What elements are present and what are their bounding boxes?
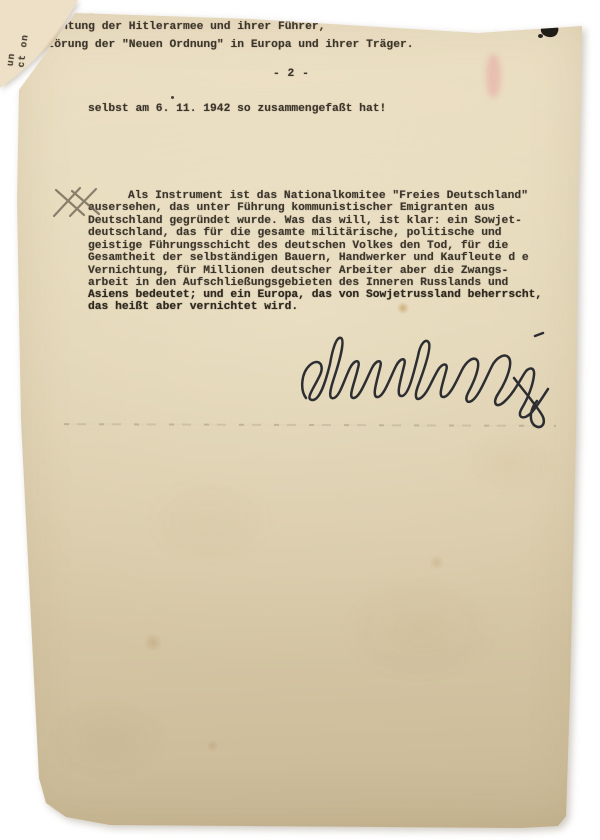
scan-background: { "document": { "page_number": "- 2 -", … [0,0,600,840]
ink-blot-satellite [538,34,543,38]
numbered-list: 1) Vernichtung des Hitlerstaates und sei… [0,0,600,55]
foxing-spot [142,634,164,651]
list-item-2: 2) Vernichtung der Hitlerarmee und ihrer… [0,18,600,36]
body-paragraph: Als Instrument ist das Nationalkomitee "… [88,190,568,290]
page-number: - 2 - [273,68,309,80]
body-paragraph-emphasis: Asiens bedeutet; und ein Europa, das von… [88,289,568,314]
foxing-spot [206,740,219,751]
fold-crease-line [64,423,556,427]
foxing-spot [428,556,445,569]
ink-speck [581,65,585,71]
intro-line: selbst am 6. 11. 1942 so zusammengefaßt … [88,103,386,115]
list-item-3: 3) Zerstörung der "Neuen Ordnung" in Eur… [0,36,600,54]
pink-smudge [486,54,501,98]
document-page: - 2 - selbst am 6. 11. 1942 so zusammeng… [0,0,600,840]
foxing-spot [396,302,410,314]
list-item-1: 1) Vernichtung des Hitlerstaates und sei… [0,0,600,18]
ink-speck [171,96,174,99]
page-shadow-wrap: - 2 - selbst am 6. 11. 1942 so zusammeng… [0,0,600,840]
